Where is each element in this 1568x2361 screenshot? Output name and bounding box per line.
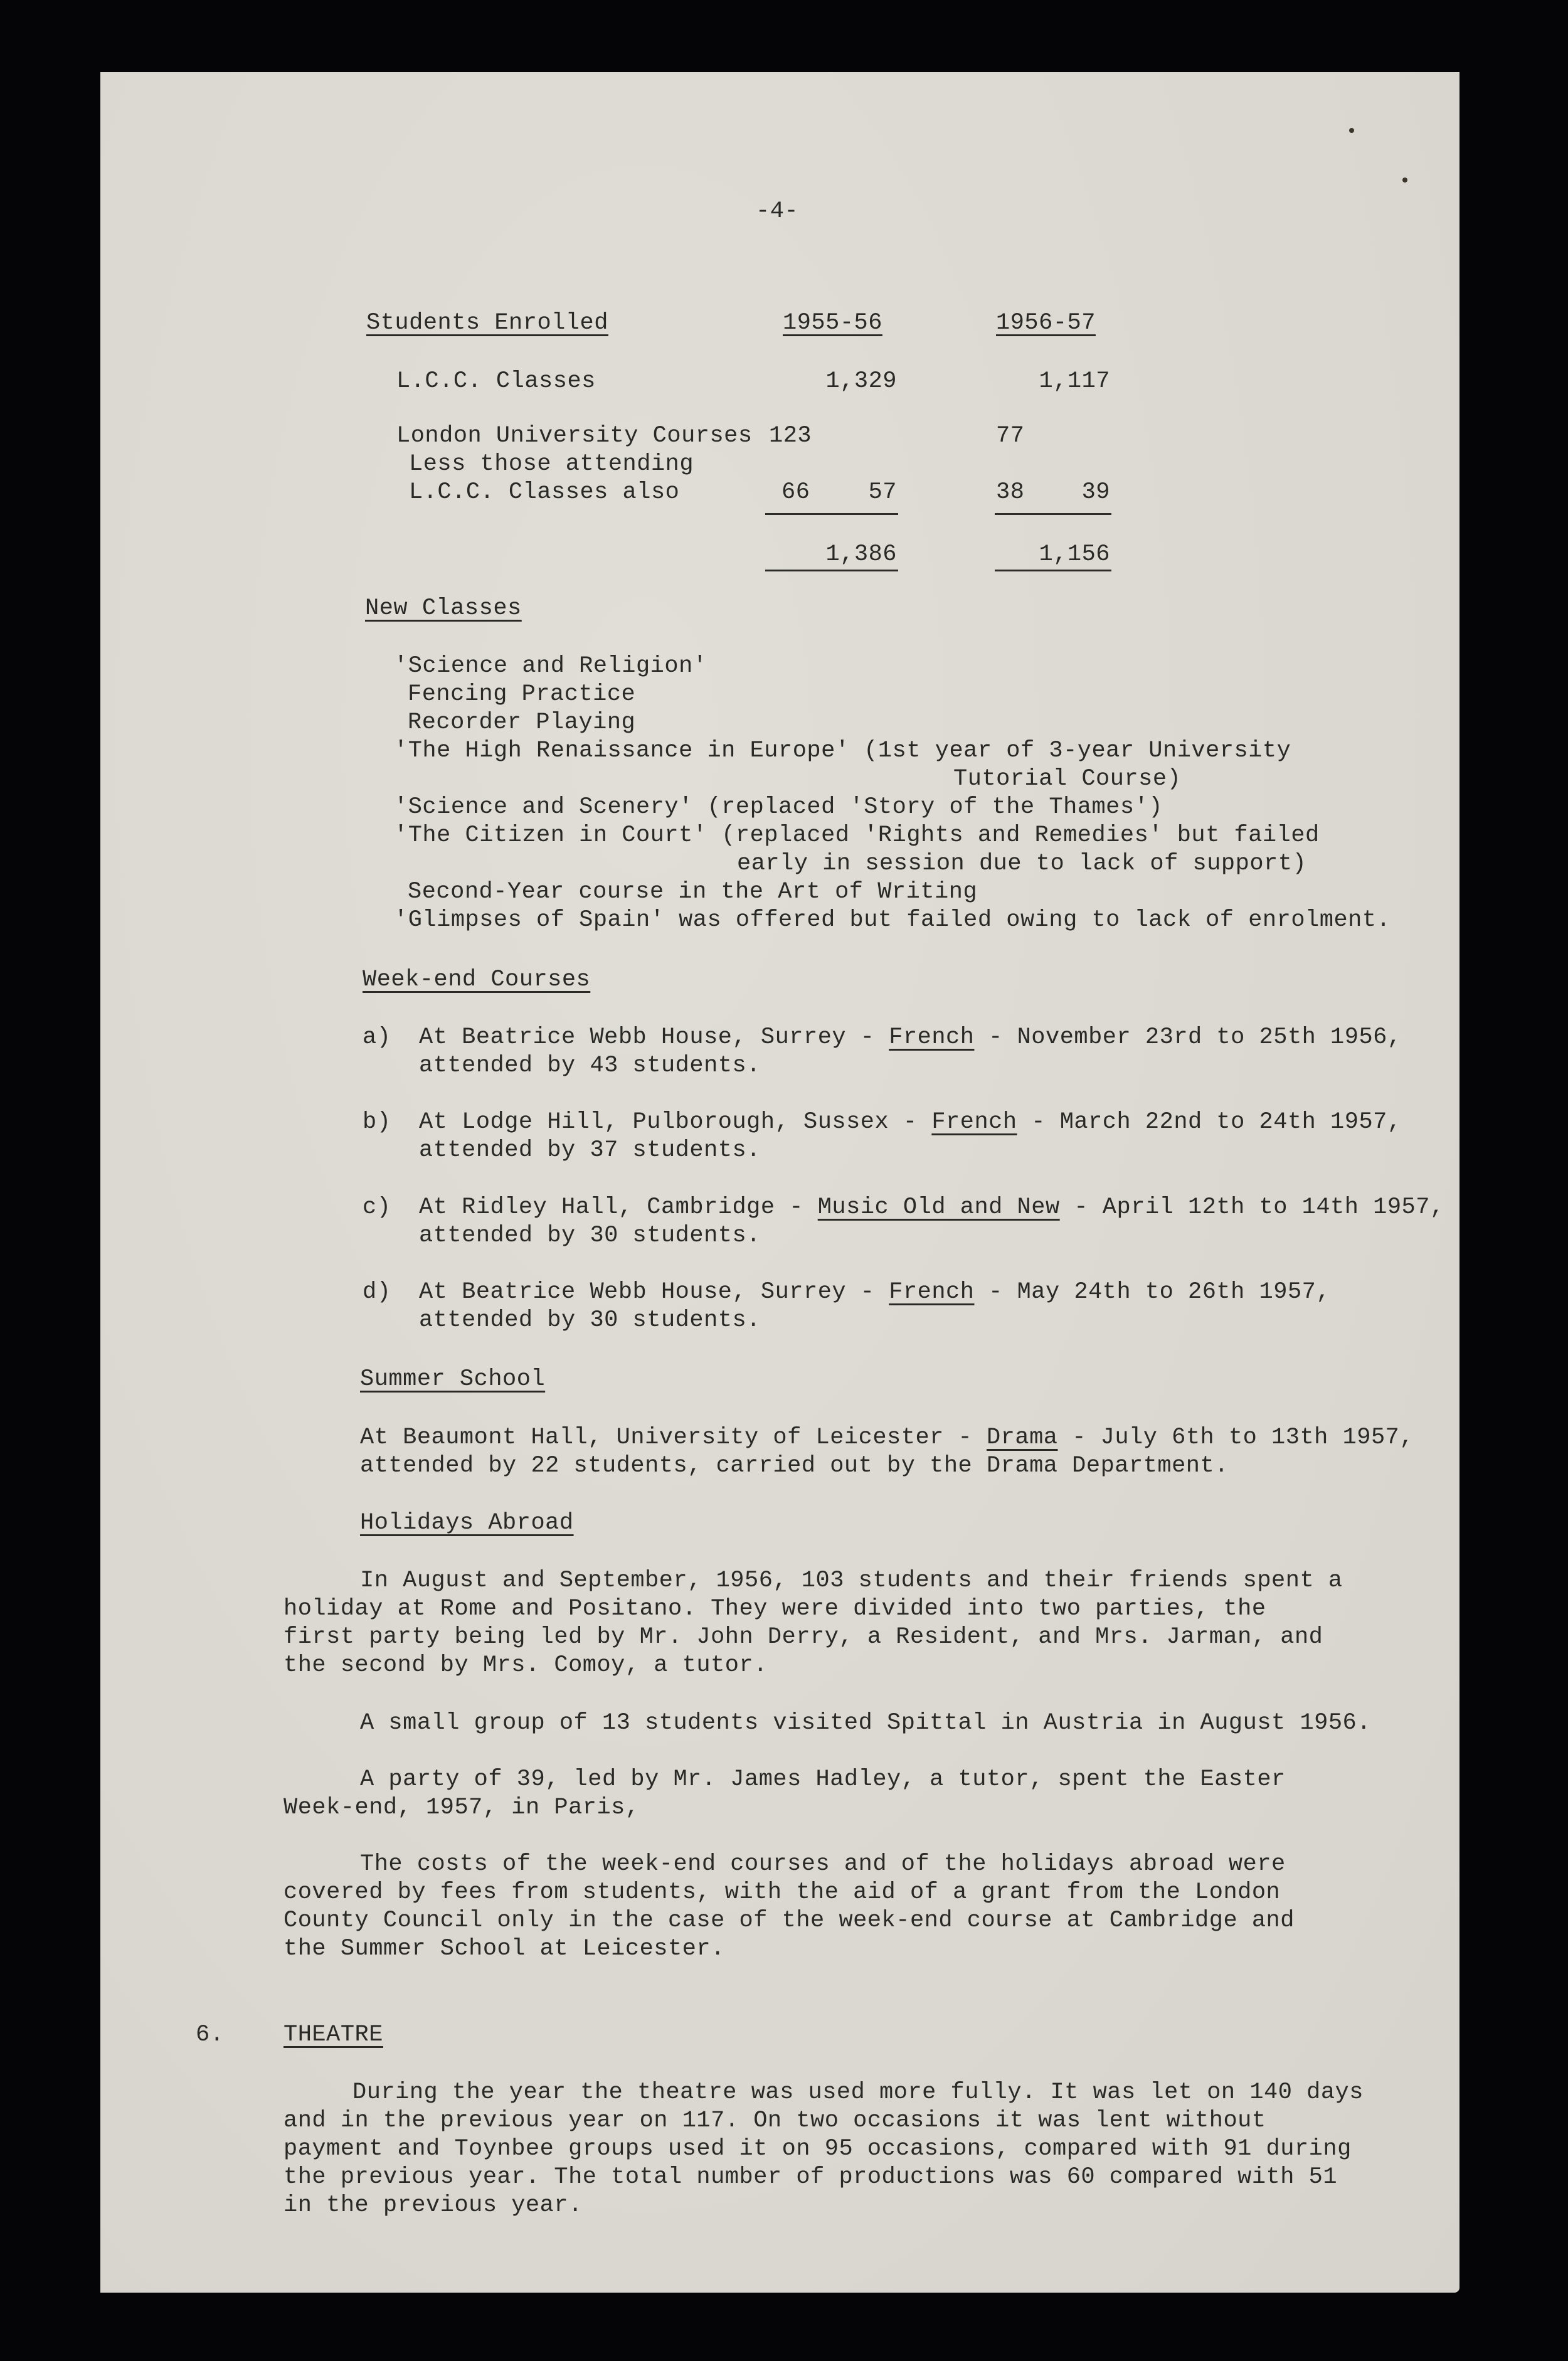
paragraph-line: Week-end, 1957, in Paris, (283, 1794, 640, 1822)
list-item: Recorder Playing (408, 709, 635, 737)
paragraph-line: County Council only in the case of the w… (283, 1907, 1295, 1935)
paragraph-line: holiday at Rome and Positano. They were … (283, 1595, 1266, 1623)
section-number: 6. (196, 2021, 224, 2049)
subtotal-rule (995, 513, 1111, 515)
total-value: 1,386 (815, 541, 897, 569)
subtotal-rule (765, 513, 898, 515)
list-item: 'Science and Religion' (394, 652, 707, 681)
staple-hole (1402, 178, 1407, 183)
section-heading-weekend-courses: Week-end Courses (363, 966, 590, 994)
column-header-1955-56: 1955-56 (783, 309, 882, 337)
cell-value: 66 (781, 479, 810, 507)
item-marker: a) (363, 1024, 391, 1052)
paragraph-line: first party being led by Mr. John Derry,… (283, 1623, 1323, 1652)
paragraph-line: the previous year. The total number of p… (283, 2163, 1337, 2192)
cell-value: 1,329 (815, 368, 897, 396)
weekend-course-b-attendance: attended by 37 students. (419, 1137, 761, 1165)
list-item: Fencing Practice (408, 681, 635, 709)
row-label: L.C.C. Classes (396, 368, 596, 396)
item-marker: d) (363, 1278, 391, 1307)
total-rule (765, 570, 898, 571)
paragraph-line: the Summer School at Leicester. (283, 1935, 725, 1963)
weekend-course-a-attendance: attended by 43 students. (419, 1052, 761, 1080)
weekend-course-b: At Lodge Hill, Pulborough, Sussex - Fren… (419, 1108, 1402, 1137)
list-item: 'The High Renaissance in Europe' (1st ye… (394, 737, 1291, 765)
paragraph-line: in the previous year. (283, 2192, 583, 2220)
paragraph-line: During the year the theatre was used mor… (352, 2079, 1364, 2107)
page-number: -4- (756, 198, 798, 226)
list-item: 'The Citizen in Court' (replaced 'Rights… (394, 822, 1320, 850)
paragraph-line: In August and September, 1956, 103 stude… (360, 1567, 1343, 1595)
column-header-1956-57: 1956-57 (996, 309, 1096, 337)
list-item: 'Glimpses of Spain' was offered but fail… (394, 906, 1391, 935)
paragraph-line: and in the previous year on 117. On two … (283, 2107, 1266, 2135)
section-heading-summer-school: Summer School (360, 1366, 545, 1394)
paragraph-line: The costs of the week-end courses and of… (360, 1850, 1286, 1879)
weekend-course-d: At Beatrice Webb House, Surrey - French … (419, 1278, 1330, 1307)
section-heading-new-classes: New Classes (365, 595, 522, 623)
weekend-course-c-attendance: attended by 30 students. (419, 1222, 761, 1250)
cell-value: 1,117 (1029, 368, 1110, 396)
total-value: 1,156 (1029, 541, 1110, 569)
list-item-continuation: Tutorial Course) (953, 765, 1181, 793)
row-label: L.C.C. Classes also (409, 479, 679, 507)
cell-value: 77 (996, 422, 1024, 450)
list-item: 'Science and Scenery' (replaced 'Story o… (394, 793, 1163, 822)
row-label: Less those attending (409, 450, 694, 479)
cell-value: 39 (1047, 479, 1110, 507)
paragraph-line: payment and Toynbee groups used it on 95… (283, 2135, 1352, 2163)
summer-school-line: attended by 22 students, carried out by … (360, 1452, 1229, 1480)
weekend-course-c: At Ridley Hall, Cambridge - Music Old an… (419, 1194, 1444, 1222)
staple-hole (1349, 128, 1354, 133)
weekend-course-d-attendance: attended by 30 students. (419, 1307, 761, 1335)
cell-value: 38 (996, 479, 1024, 507)
list-item-continuation: early in session due to lack of support) (737, 850, 1306, 878)
list-item: Second-Year course in the Art of Writing (408, 878, 977, 906)
row-label: London University Courses (396, 422, 753, 450)
item-marker: c) (363, 1194, 391, 1222)
cell-value: 123 (769, 422, 812, 450)
section-heading-theatre: THEATRE (283, 2021, 383, 2049)
section-heading-holidays-abroad: Holidays Abroad (360, 1509, 574, 1537)
summer-school-line: At Beaumont Hall, University of Leiceste… (360, 1424, 1414, 1452)
total-rule (995, 570, 1111, 571)
paragraph-line: the second by Mrs. Comoy, a tutor. (283, 1652, 768, 1680)
weekend-course-a: At Beatrice Webb House, Surrey - French … (419, 1024, 1402, 1052)
item-marker: b) (363, 1108, 391, 1137)
paragraph-line: A party of 39, led by Mr. James Hadley, … (360, 1766, 1286, 1794)
paragraph-line: covered by fees from students, with the … (283, 1879, 1280, 1907)
cell-value: 57 (834, 479, 897, 507)
paragraph-line: A small group of 13 students visited Spi… (360, 1709, 1371, 1738)
section-heading-students-enrolled: Students Enrolled (366, 309, 608, 337)
